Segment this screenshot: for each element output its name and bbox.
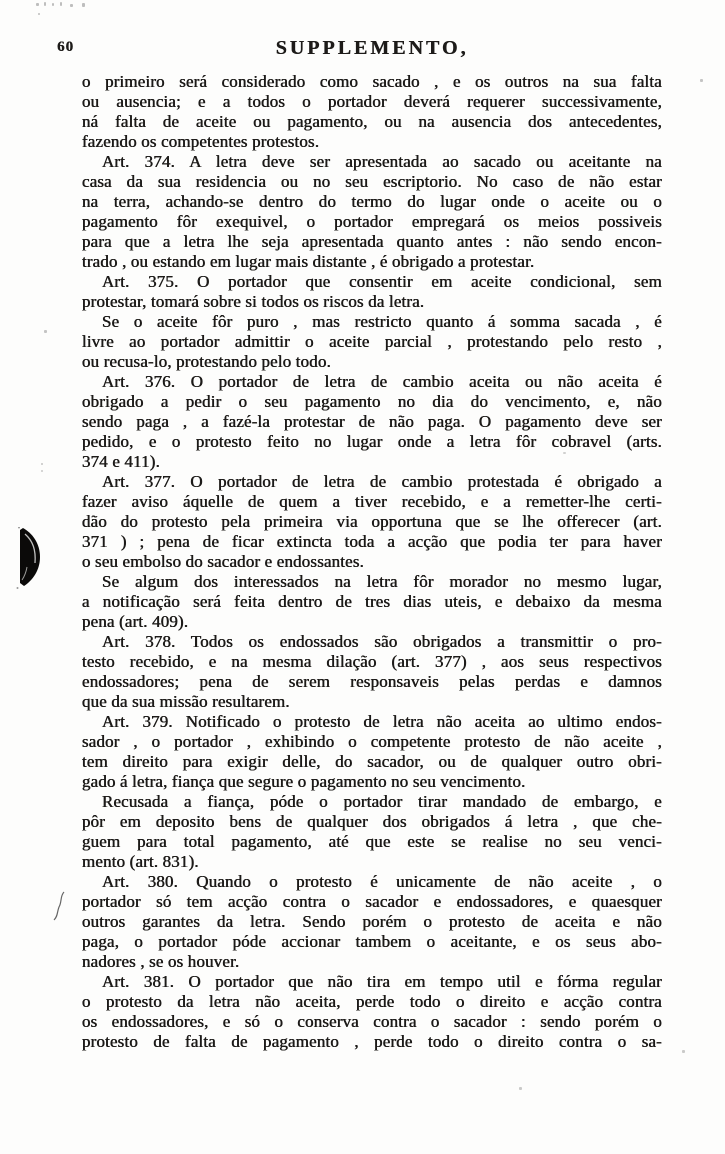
- text-line: Art. 374. A letra deve ser apresentada a…: [82, 152, 662, 172]
- text-line: protestar, tomará sobre si todos os risc…: [82, 292, 662, 312]
- text-line: portador só tem acção contra o sacador e…: [82, 892, 662, 912]
- page-header: SUPPLEMENTO,: [82, 37, 662, 60]
- text-line: o primeiro será considerado como sacado …: [82, 72, 662, 92]
- text-line: para que a letra lhe seja apresentada qu…: [82, 232, 662, 252]
- page-number: 60: [57, 39, 74, 56]
- text-line: endossadores; pena de serem responsaveis…: [82, 672, 662, 692]
- text-line: protesto de falta de pagamento , perde t…: [82, 1032, 662, 1052]
- text-line: a notificação será feita dentro de tres …: [82, 592, 662, 612]
- text-line: nadores , se os houver.: [82, 952, 662, 972]
- text-line: guem para total pagamento, até que este …: [82, 832, 662, 852]
- pen-stroke-artifact: [49, 889, 69, 923]
- text-line: Art. 377. O portador de letra de cambio …: [82, 472, 662, 492]
- dot-artifact: [41, 463, 43, 465]
- text-line: fazendo os competentes protestos.: [82, 132, 662, 152]
- text-line: Art. 375. O portador que consentir em ac…: [82, 272, 662, 292]
- text-line: 374 e 411).: [82, 452, 662, 472]
- text-line: o protesto da letra não aceita, perde to…: [82, 992, 662, 1012]
- body-text: o primeiro será considerado como sacado …: [82, 72, 662, 1052]
- text-line: dão do protesto pela primeira via opport…: [82, 512, 662, 532]
- text-line: livre ao portador admittir o aceite parc…: [82, 332, 662, 352]
- text-line: pena (art. 409).: [82, 612, 662, 632]
- dot-artifact: [700, 79, 703, 82]
- text-line: pedido, e o protesto feito no lugar onde…: [82, 432, 662, 452]
- text-line: 371 ) ; pena de ficar extincta toda a ac…: [82, 532, 662, 552]
- text-line: ou recusa-lo, protestando pelo todo.: [82, 352, 662, 372]
- text-line: Art. 380. Quando o protesto é unicamente…: [82, 872, 662, 892]
- text-line: fazer aviso áquelle de quem a tiver rece…: [82, 492, 662, 512]
- text-line: os endossadores, e só o conserva contra …: [82, 1012, 662, 1032]
- page-header-title: SUPPLEMENTO,: [276, 37, 469, 60]
- text-line: Art. 378. Todos os endossados são obriga…: [82, 632, 662, 652]
- text-line: Se algum dos interessados na letra fôr m…: [82, 572, 662, 592]
- text-line: casa da sua residencia ou no seu escript…: [82, 172, 662, 192]
- text-line: Recusada a fiança, póde o portador tirar…: [82, 792, 662, 812]
- text-line: pôr em deposito bens de qualquer dos obr…: [82, 812, 662, 832]
- text-line: o seu embolso do sacador e endossantes.: [82, 552, 662, 572]
- text-line: sador , o portador , exhibindo o compete…: [82, 732, 662, 752]
- text-line: mento (art. 831).: [82, 852, 662, 872]
- dot-artifact: [519, 1087, 522, 1090]
- text-line: sendo paga , a fazé-la protestar de não …: [82, 412, 662, 432]
- text-line: Art. 379. Notificado o protesto de letra…: [82, 712, 662, 732]
- text-line: outros garantes da letra. Sendo porém o …: [82, 912, 662, 932]
- text-line: testo recebido, e na mesma dilação (art.…: [82, 652, 662, 672]
- text-line: Se o aceite fôr puro , mas restricto qua…: [82, 312, 662, 332]
- text-line: trado , ou estando em lugar mais distant…: [82, 252, 662, 272]
- text-line: paga, o portador póde accionar tambem o …: [82, 932, 662, 952]
- ink-blot-artifact: [16, 527, 44, 589]
- dot-artifact: [41, 470, 43, 472]
- text-line: ná falta de aceite ou pagamento, ou na a…: [82, 112, 662, 132]
- text-line: pagamento fôr exequivel, o portador empr…: [82, 212, 662, 232]
- dot-artifact: [682, 1050, 685, 1053]
- text-line: Art. 376. O portador de letra de cambio …: [82, 372, 662, 392]
- text-line: Art. 381. O portador que não tira em tem…: [82, 972, 662, 992]
- dot-artifact: [44, 330, 47, 333]
- text-line: na terra, achando-se dentro do termo do …: [82, 192, 662, 212]
- text-line: tem direito para exigir delle, do sacado…: [82, 752, 662, 772]
- scanned-book-page: 60 SUPPLEMENTO, o primeiro será consider…: [0, 0, 725, 1154]
- text-line: ou ausencia; e a todos o portador deverá…: [82, 92, 662, 112]
- text-line: obrigado a pedir o seu pagamento no dia …: [82, 392, 662, 412]
- text-line: que da sua missão resultarem.: [82, 692, 662, 712]
- text-line: gado á letra, fiança que segure o pagame…: [82, 772, 662, 792]
